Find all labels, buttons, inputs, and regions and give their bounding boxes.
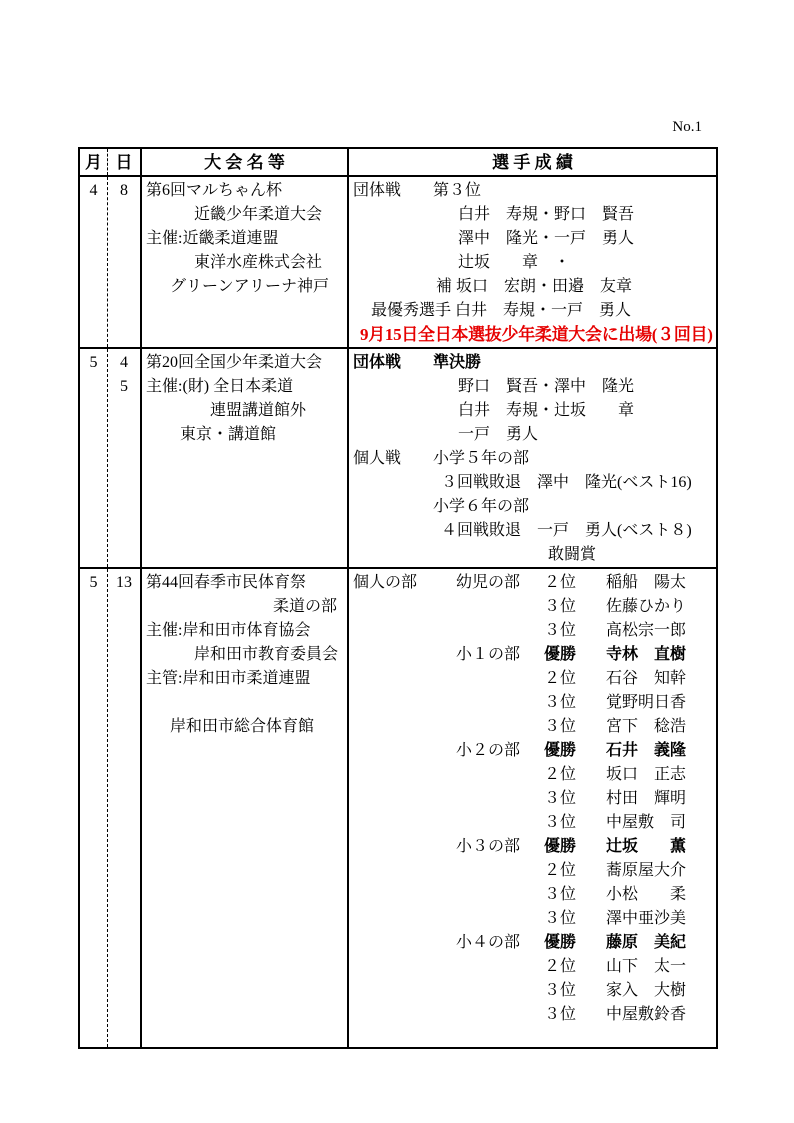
event-line: 柔道の部 xyxy=(146,595,345,619)
result-line: ３位澤中亜沙美 xyxy=(353,907,714,931)
result-line: 小１の部優勝寺林 直樹 xyxy=(353,643,714,667)
result-line: 個人戦 小学５年の部 xyxy=(353,447,714,471)
result-line: 団体戦 準決勝 xyxy=(353,351,714,375)
result-line: ３位佐藤ひかり xyxy=(353,595,714,619)
result-name: 坂口 正志 xyxy=(606,766,686,783)
month-cell: 5 xyxy=(80,349,108,567)
event-line: 近畿少年柔道大会 xyxy=(146,203,345,227)
event-line: 第6回マルちゃん杯 xyxy=(146,179,345,203)
result-name: 佐藤ひかり xyxy=(606,598,686,615)
event-line: 岸和田市教育委員会 xyxy=(146,643,345,667)
result-line: 敢闘賞 xyxy=(353,543,714,567)
result-line: ３回戦敗退 澤中 隆光(ベスト16) xyxy=(353,471,714,495)
result-name: 山下 太一 xyxy=(606,958,686,975)
result-line: ３位中屋敷 司 xyxy=(353,811,714,835)
result-rank: ３位 xyxy=(544,979,606,1003)
result-rank: ２位 xyxy=(544,859,606,883)
result-line: 小２の部優勝石井 義隆 xyxy=(353,739,714,763)
result-name: 辻坂 薫 xyxy=(606,838,686,855)
result-name: 稲船 陽太 xyxy=(606,574,686,591)
event-line: 第20回全国少年柔道大会 xyxy=(146,351,345,375)
result-line: ２位蕎原屋大介 xyxy=(353,859,714,883)
header-day: 日 xyxy=(108,149,142,175)
result-rank: ３位 xyxy=(544,787,606,811)
results-cell: 団体戦 準決勝 野口 賢吾・澤中 隆光 白井 寿規・辻坂 章 一戸 勇人 個人戦… xyxy=(349,349,716,567)
result-line: 白井 寿規・野口 賢吾 xyxy=(353,203,714,227)
result-name: 藤原 美紀 xyxy=(606,934,686,951)
result-line: 一戸 勇人 xyxy=(353,423,714,447)
result-rank: ３位 xyxy=(544,1003,606,1027)
event-line: 東洋水産株式会社 xyxy=(146,251,345,275)
result-name: 澤中亜沙美 xyxy=(606,910,686,927)
result-line: 辻坂 章 ・ xyxy=(353,251,714,275)
event-line: 岸和田市総合体育館 xyxy=(146,715,345,739)
result-line: ２位山下 太一 xyxy=(353,955,714,979)
result-rank: ２位 xyxy=(544,667,606,691)
result-division: 幼児の部 xyxy=(456,571,544,595)
result-line: 団体戦 第３位 xyxy=(353,179,714,203)
result-rank: 優勝 xyxy=(544,835,606,859)
result-name: 蕎原屋大介 xyxy=(606,862,686,879)
results-table: 月 日 大 会 名 等 選 手 成 績 4 8 第6回マルちゃん杯 近畿少年柔道… xyxy=(78,147,718,1049)
result-line: ２位石谷 知幹 xyxy=(353,667,714,691)
table-row: 5 13 第44回春季市民体育祭 柔道の部 主催:岸和田市体育協会 岸和田市教育… xyxy=(80,567,716,1047)
result-line: 小学６年の部 xyxy=(353,495,714,519)
month-cell: 4 xyxy=(80,177,108,347)
event-cell: 第6回マルちゃん杯 近畿少年柔道大会 主催:近畿柔道連盟 東洋水産株式会社 グリ… xyxy=(142,177,349,347)
event-cell: 第20回全国少年柔道大会 主催:(財) 全日本柔道 連盟講道館外 東京・講道館 xyxy=(142,349,349,567)
result-rank: ３位 xyxy=(544,595,606,619)
result-line: ４回戦敗退 一戸 勇人(ベスト８) xyxy=(353,519,714,543)
results-cell: 個人の部幼児の部２位稲船 陽太 ３位佐藤ひかり ３位高松宗一郎 小１の部優勝寺林… xyxy=(349,569,716,1047)
result-name: 中屋敷鈴香 xyxy=(606,1006,686,1023)
event-line: 連盟講道館外 xyxy=(146,399,345,423)
day-cell: 4 5 xyxy=(108,349,142,567)
result-division: 小１の部 xyxy=(456,643,544,667)
result-line: ２位坂口 正志 xyxy=(353,763,714,787)
result-highlight-line: 9月15日全日本選抜少年柔道大会に出場(３回目) xyxy=(353,323,714,347)
header-results: 選 手 成 績 xyxy=(349,149,716,175)
result-rank: ２位 xyxy=(544,571,606,595)
result-rank: 優勝 xyxy=(544,931,606,955)
result-division: 小２の部 xyxy=(456,739,544,763)
result-rank: ２位 xyxy=(544,763,606,787)
result-rank: ２位 xyxy=(544,955,606,979)
result-line: 小４の部優勝藤原 美紀 xyxy=(353,931,714,955)
result-line: 最優秀選手 白井 寿規・一戸 勇人 xyxy=(353,299,714,323)
result-rank: ３位 xyxy=(544,715,606,739)
table-row: 4 8 第6回マルちゃん杯 近畿少年柔道大会 主催:近畿柔道連盟 東洋水産株式会… xyxy=(80,175,716,347)
result-rank: ３位 xyxy=(544,691,606,715)
result-line: 澤中 隆光・一戸 勇人 xyxy=(353,227,714,251)
result-division: 小３の部 xyxy=(456,835,544,859)
event-line: 主催:近畿柔道連盟 xyxy=(146,227,345,251)
day-value: 13 xyxy=(108,571,140,595)
result-line: 白井 寿規・辻坂 章 xyxy=(353,399,714,423)
day-cell: 8 xyxy=(108,177,142,347)
header-month: 月 xyxy=(80,149,108,175)
result-name: 家入 大樹 xyxy=(606,982,686,999)
result-name: 村田 輝明 xyxy=(606,790,686,807)
day-cell: 13 xyxy=(108,569,142,1047)
result-line: ３位高松宗一郎 xyxy=(353,619,714,643)
result-line: ３位覚野明日香 xyxy=(353,691,714,715)
results-cell: 団体戦 第３位 白井 寿規・野口 賢吾 澤中 隆光・一戸 勇人 辻坂 章 ・ 補… xyxy=(349,177,716,347)
month-value: 5 xyxy=(80,351,107,375)
day-value: 5 xyxy=(108,375,140,399)
result-rank: ３位 xyxy=(544,619,606,643)
result-group: 個人の部 xyxy=(353,571,456,595)
result-line: 野口 賢吾・澤中 隆光 xyxy=(353,375,714,399)
result-line: ３位家入 大樹 xyxy=(353,979,714,1003)
document-page: No.1 月 日 大 会 名 等 選 手 成 績 4 8 第6回マルちゃん杯 近… xyxy=(0,0,794,1123)
event-line: グリーンアリーナ神戸 xyxy=(146,275,345,299)
result-name: 石谷 知幹 xyxy=(606,670,686,687)
result-rank: ３位 xyxy=(544,811,606,835)
header-event: 大 会 名 等 xyxy=(142,149,349,175)
event-line: 東京・講道館 xyxy=(146,423,345,447)
month-cell: 5 xyxy=(80,569,108,1047)
month-value: 4 xyxy=(80,179,107,203)
month-value: 5 xyxy=(80,571,107,595)
result-line: ３位中屋敷鈴香 xyxy=(353,1003,714,1027)
result-line: 個人の部幼児の部２位稲船 陽太 xyxy=(353,571,714,595)
result-name: 覚野明日香 xyxy=(606,694,686,711)
result-line: 補 坂口 宏朗・田邉 友章 xyxy=(353,275,714,299)
event-line: 第44回春季市民体育祭 xyxy=(146,571,345,595)
page-number: No.1 xyxy=(78,119,718,136)
result-rank: ３位 xyxy=(544,883,606,907)
event-line: 主催:岸和田市体育協会 xyxy=(146,619,345,643)
result-name: 高松宗一郎 xyxy=(606,622,686,639)
result-line: ３位宮下 稔浩 xyxy=(353,715,714,739)
result-rank: ３位 xyxy=(544,907,606,931)
event-line: 主管:岸和田市柔道連盟 xyxy=(146,667,345,691)
event-line-blank xyxy=(146,691,345,715)
result-line: ３位小松 柔 xyxy=(353,883,714,907)
event-line: 主催:(財) 全日本柔道 xyxy=(146,375,345,399)
result-line: ３位村田 輝明 xyxy=(353,787,714,811)
result-line: 小３の部優勝辻坂 薫 xyxy=(353,835,714,859)
event-cell: 第44回春季市民体育祭 柔道の部 主催:岸和田市体育協会 岸和田市教育委員会 主… xyxy=(142,569,349,1047)
table-header-row: 月 日 大 会 名 等 選 手 成 績 xyxy=(80,149,716,175)
result-name: 寺林 直樹 xyxy=(606,646,686,663)
result-name: 小松 柔 xyxy=(606,886,686,903)
result-name: 石井 義隆 xyxy=(606,742,686,759)
day-value: 4 xyxy=(108,351,140,375)
day-value: 8 xyxy=(108,179,140,203)
table-row: 5 4 5 第20回全国少年柔道大会 主催:(財) 全日本柔道 連盟講道館外 東… xyxy=(80,347,716,567)
result-rank: 優勝 xyxy=(544,643,606,667)
result-name: 宮下 稔浩 xyxy=(606,718,686,735)
result-rank: 優勝 xyxy=(544,739,606,763)
result-name: 中屋敷 司 xyxy=(606,814,686,831)
result-division: 小４の部 xyxy=(456,931,544,955)
